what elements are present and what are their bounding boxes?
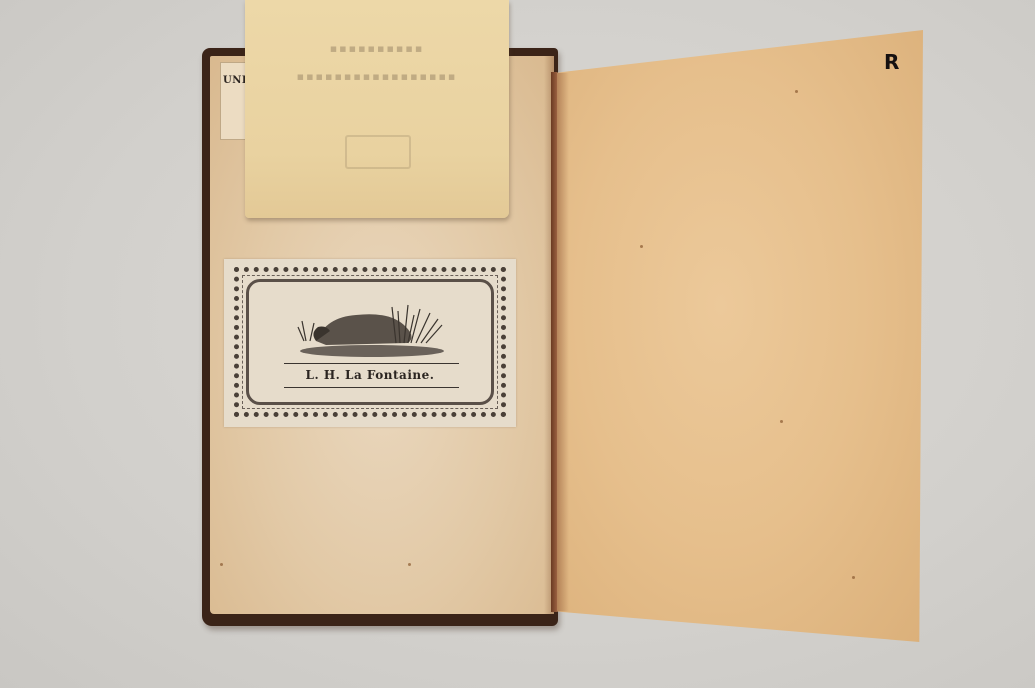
shelf-mark-letter: R bbox=[884, 50, 899, 74]
foxing-spot bbox=[408, 563, 411, 566]
foxing-spot bbox=[795, 90, 798, 93]
gutter-shadow bbox=[555, 30, 569, 642]
bookplate: L. H. La Fontaine. bbox=[224, 259, 516, 427]
library-label-text: UNI bbox=[223, 75, 247, 86]
slip-stamp bbox=[345, 135, 411, 169]
bookplate-owner-name: L. H. La Fontaine. bbox=[224, 368, 516, 382]
bookplate-rule-top bbox=[284, 363, 459, 364]
foxing-spot bbox=[220, 563, 223, 566]
foxing-spot bbox=[780, 420, 783, 423]
foxing-spot bbox=[640, 245, 643, 248]
badger-in-grass-icon bbox=[296, 297, 448, 359]
photo-scene: UNI ▪▪▪▪▪▪▪▪▪▪ ▪▪▪▪▪▪▪▪▪▪▪▪▪▪▪▪▪ L. H. L… bbox=[0, 0, 1035, 688]
foxing-spot bbox=[852, 576, 855, 579]
slip-faded-text-2: ▪▪▪▪▪▪▪▪▪▪▪▪▪▪▪▪▪ bbox=[245, 70, 509, 83]
right-flyleaf bbox=[555, 30, 923, 642]
slip-faded-text-1: ▪▪▪▪▪▪▪▪▪▪ bbox=[245, 42, 509, 55]
book-gutter bbox=[551, 72, 557, 612]
paper-slip: ▪▪▪▪▪▪▪▪▪▪ ▪▪▪▪▪▪▪▪▪▪▪▪▪▪▪▪▪ bbox=[245, 0, 509, 218]
bookplate-rule-bottom bbox=[284, 387, 459, 388]
